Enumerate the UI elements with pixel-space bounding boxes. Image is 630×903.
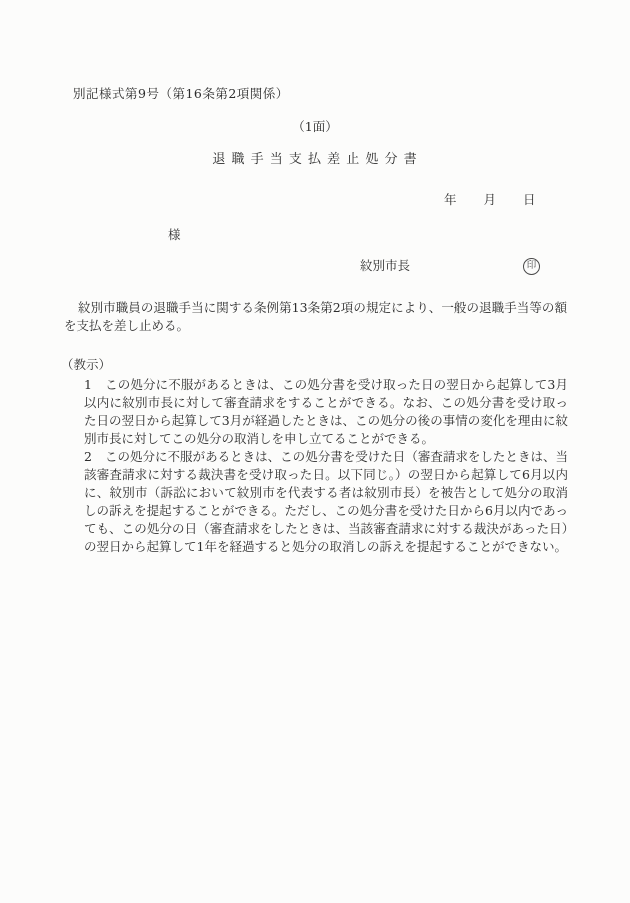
instructions-section: （教示） 1この処分に不服があるときは、この処分書を受け取った日の翌日から起算し… (61, 356, 568, 556)
page-number-label: （1面） (0, 118, 630, 136)
instruction-item-2-number: 2 (84, 448, 92, 466)
instruction-item-1-text: この処分に不服があるときは、この処分書を受け取った日の翌日から起算して3月以内に… (84, 377, 568, 446)
instruction-item-2: 2この処分に不服があるときは、この処分書を受けた日（審査請求をしたときは、当該審… (61, 448, 568, 556)
instruction-item-2-text: この処分に不服があるときは、この処分書を受けた日（審査請求をしたときは、当該審査… (84, 449, 568, 554)
form-number: 別記様式第9号（第16条第2項関係） (73, 85, 289, 103)
issuer-title: 紋別市長 (360, 257, 410, 275)
day-label: 日 (523, 191, 536, 209)
instruction-item-1-number: 1 (84, 376, 92, 394)
addressee-honorific: 様 (168, 226, 181, 244)
disposition-body-text: 紋別市職員の退職手当に関する条例第13条第2項の規定により、一般の退職手当等の額… (64, 299, 567, 335)
document-title: 退 職 手 当 支 払 差 止 処 分 書 (0, 151, 630, 169)
document-page: 別記様式第9号（第16条第2項関係） （1面） 退 職 手 当 支 払 差 止 … (0, 0, 630, 903)
instruction-item-1: 1この処分に不服があるときは、この処分書を受け取った日の翌日から起算して3月以内… (61, 376, 568, 448)
seal-stamp-icon: 印 (523, 258, 540, 275)
month-label: 月 (484, 191, 497, 209)
year-label: 年 (444, 191, 457, 209)
issuer-line: 紋別市長 印 (360, 257, 540, 275)
instructions-heading: （教示） (61, 356, 568, 374)
date-line: 年 月 日 (444, 191, 536, 209)
